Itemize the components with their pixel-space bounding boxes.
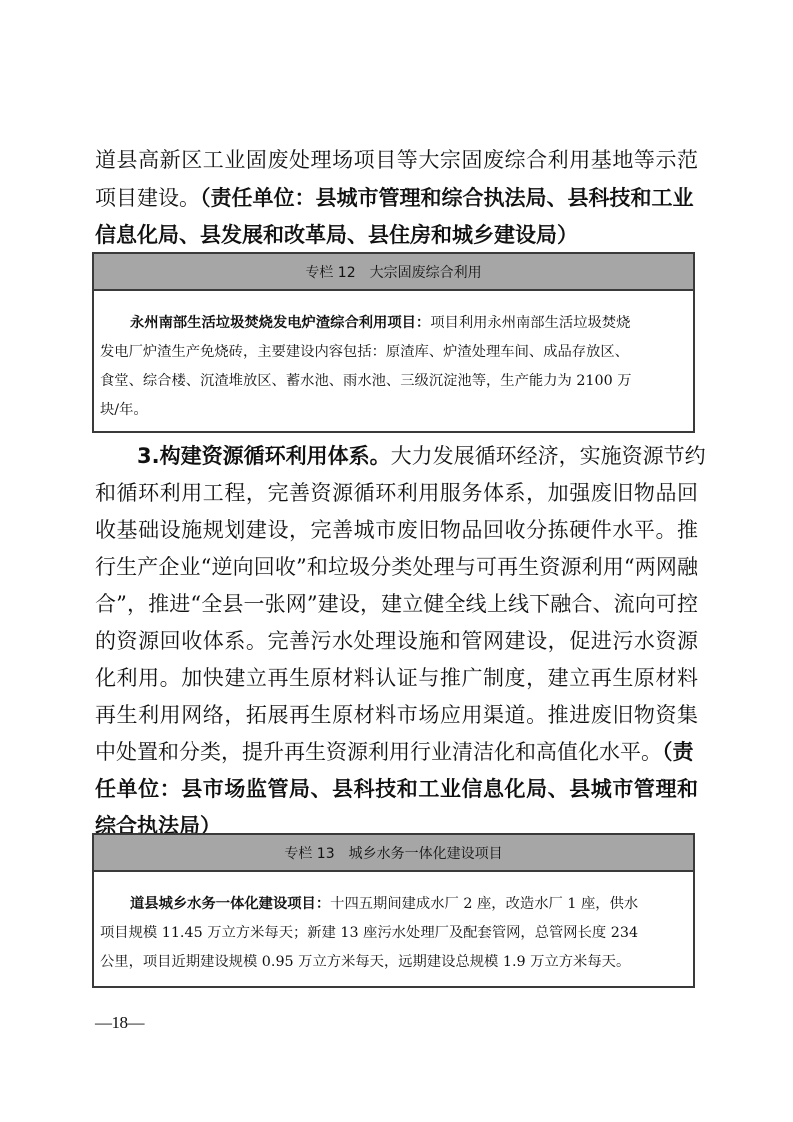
box-13-line-3: 公里，项目近期建设规模 0.95 万立方米每天，远期建设总规模 1.9 万立方米… — [100, 948, 687, 977]
section-3-line-4: 行生产企业“逆向回收”和垃圾分类处理与可再生资源利用“两网融 — [95, 549, 698, 585]
box-12-title: 大宗固废综合利用 — [370, 262, 482, 282]
intro-line-2: 项目建设。（责任单位：县城市管理和综合执法局、县科技和工业 — [95, 180, 698, 216]
sidebar-box-13: 专栏 13 城乡水务一体化建设项目 道县城乡水务一体化建设项目：十四五期间建成水… — [92, 833, 695, 988]
section-3-responsibility-start: （责 — [662, 740, 694, 764]
section-3-line-6: 的资源回收体系。完善污水处理设施和管网建设，促进污水资源 — [95, 623, 698, 659]
box-12-line-1-text: 项目利用永州南部生活垃圾焚烧 — [430, 315, 630, 331]
section-3-responsibility-line-2: 任单位：县市场监管局、县科技和工业信息化局、县城市管理和 — [95, 771, 698, 807]
intro-line-1: 道县高新区工业固废处理场项目等大宗固废综合利用基地等示范 — [95, 142, 698, 178]
box-13-body: 道县城乡水务一体化建设项目：十四五期间建成水厂 2 座，改造水厂 1 座，供水 … — [94, 872, 693, 977]
document-page: 道县高新区工业固废处理场项目等大宗固废综合利用基地等示范 项目建设。（责任单位：… — [0, 0, 793, 1122]
box-13-line-1-text: 十四五期间建成水厂 2 座，改造水厂 1 座，供水 — [330, 896, 638, 912]
section-3-heading: 3.构建资源循环利用体系。 — [137, 444, 391, 468]
section-3-line-5: 合”，推进“全县一张网”建设，建立健全线上线下融合、流向可控 — [95, 586, 698, 622]
intro-responsibility: （责任单位：县城市管理和综合执法局、县科技和工业 — [200, 186, 694, 210]
section-3-line-9-text: 中处置和分类，提升再生资源利用行业清洁化和高值化水平。 — [95, 740, 662, 764]
box-12-line-3: 食堂、综合楼、沉渣堆放区、蓄水池、雨水池、三级沉淀池等，生产能力为 2100 万 — [100, 367, 687, 396]
box-13-header: 专栏 13 城乡水务一体化建设项目 — [94, 835, 693, 872]
intro-line-3: 信息化局、县发展和改革局、县住房和城乡建设局） — [95, 217, 698, 253]
box-12-line-2: 发电厂炉渣生产免烧砖，主要建设内容包括：原渣库、炉渣处理车间、成品存放区、 — [100, 338, 687, 367]
box-13-number: 专栏 13 — [284, 843, 334, 863]
box-12-lead: 永州南部生活垃圾焚烧发电炉渣综合利用项目： — [130, 315, 430, 331]
box-13-lead: 道县城乡水务一体化建设项目： — [130, 896, 330, 912]
box-13-title: 城乡水务一体化建设项目 — [349, 843, 503, 863]
box-12-body: 永州南部生活垃圾焚烧发电炉渣综合利用项目：项目利用永州南部生活垃圾焚烧 发电厂炉… — [94, 291, 693, 425]
section-3-line-2: 和循环利用工程，完善资源循环利用服务体系，加强废旧物品回 — [95, 475, 698, 511]
section-3-line-8: 再生利用网络，拓展再生原材料市场应用渠道。推进废旧物资集 — [95, 697, 698, 733]
box-12-line-1: 永州南部生活垃圾焚烧发电炉渣综合利用项目：项目利用永州南部生活垃圾焚烧 — [100, 309, 687, 338]
box-12-number: 专栏 12 — [305, 262, 355, 282]
section-3-line-1: 3.构建资源循环利用体系。大力发展循环经济，实施资源节约 — [95, 438, 698, 474]
sidebar-box-12: 专栏 12 大宗固废综合利用 永州南部生活垃圾焚烧发电炉渣综合利用项目：项目利用… — [92, 252, 695, 433]
section-3-line-3: 收基础设施规划建设，完善城市废旧物品回收分拣硬件水平。推 — [95, 512, 698, 548]
box-13-line-2: 项目规模 11.45 万立方米每天；新建 13 座污水处理厂及配套管网，总管网长… — [100, 919, 687, 948]
intro-line-2-text: 项目建设。 — [95, 186, 200, 210]
section-3-line-9: 中处置和分类，提升再生资源利用行业清洁化和高值化水平。（责 — [95, 734, 698, 770]
box-13-line-1: 道县城乡水务一体化建设项目：十四五期间建成水厂 2 座，改造水厂 1 座，供水 — [100, 890, 687, 919]
box-12-line-4: 块/年。 — [100, 396, 687, 425]
section-3-line-1-text: 大力发展循环经济，实施资源节约 — [391, 444, 706, 468]
section-3-line-7: 化利用。加快建立再生原材料认证与推广制度，建立再生原材料 — [95, 660, 698, 696]
box-12-header: 专栏 12 大宗固废综合利用 — [94, 254, 693, 291]
page-number: —18— — [95, 1013, 144, 1033]
